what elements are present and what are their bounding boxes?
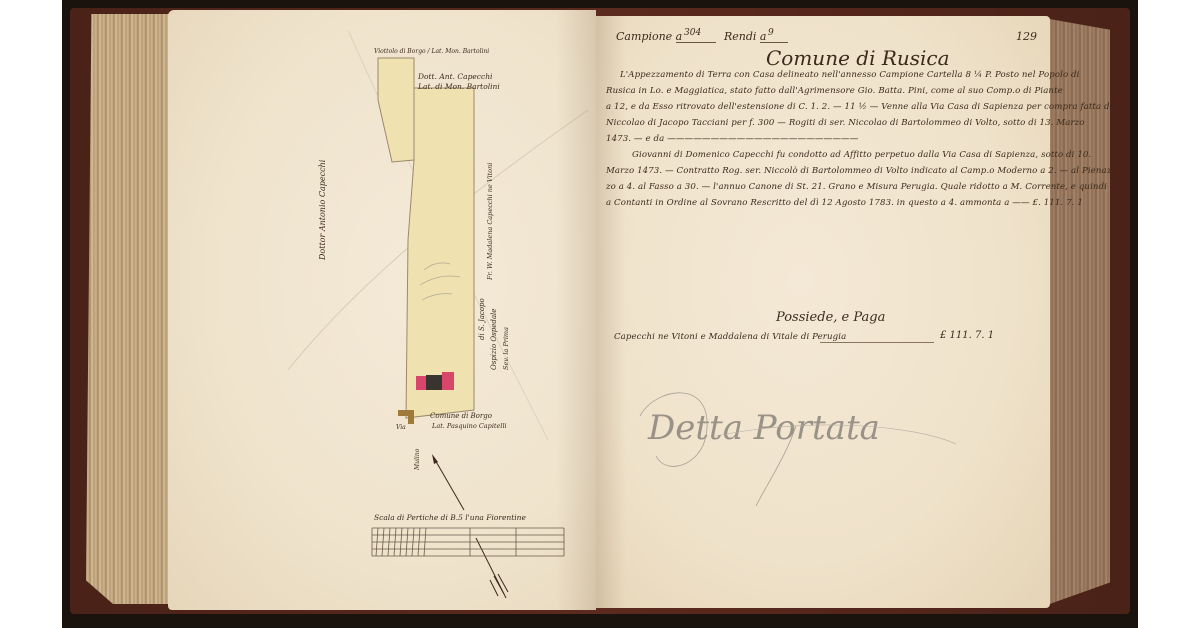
map-label-bottom-vertical: Mulino — [414, 449, 421, 470]
paragraph-2-line: zo a 4. al Fasso a 30. — l'annuo Canone … — [606, 182, 1107, 192]
rendi-number: 9 — [768, 28, 774, 38]
book-photo: Viottolo di Borgo / Lat. Mon. Bartolini … — [62, 0, 1138, 628]
map-label-top-neighbor-2: Lat. di Mon. Bartolini — [418, 82, 500, 91]
map-label-right-vertical-4: Sev. la Prima — [502, 327, 510, 370]
map-label-right-vertical-3: Fr. W. Madalena Capecchi ne Vitoni — [486, 163, 494, 280]
right-page: Campione a 304 Rendi a 9 129 Comune di R… — [596, 16, 1050, 608]
map-label-top-neighbor: Dott. Ant. Capecchi — [418, 72, 492, 81]
paragraph-1-line: L'Appezzamento di Terra con Casa delinea… — [620, 70, 1080, 80]
possession-amount: £ 111. 7. 1 — [940, 330, 994, 341]
page-number: 129 — [1016, 30, 1037, 43]
map-label-left-vertical: Dottor Antonio Capecchi — [318, 160, 327, 260]
paragraph-2-line: Giovanni di Domenico Capecchi fu condott… — [632, 150, 1091, 160]
pencil-signature: Detta Portata — [648, 408, 880, 448]
scale-label: Scala di Pertiche di B.5 l'una Fiorentin… — [374, 513, 526, 522]
map-label-bottom-2: Lat. Pasquino Capitelli — [432, 422, 507, 430]
map-label-right-vertical-2: Ospizio Ospedale — [490, 309, 498, 370]
campione-label: Campione a — [616, 30, 682, 43]
map-label-right-vertical-1: di S. Jacopo — [478, 298, 486, 340]
map-label-bottom-1: Comune di Borgo — [430, 412, 492, 420]
possession-heading: Possiede, e Paga — [776, 310, 885, 325]
scale-bar — [372, 528, 564, 556]
left-page-stack — [86, 14, 176, 604]
campione-number: 304 — [684, 28, 701, 38]
possession-owner: Capecchi ne Vitoni e Maddalena di Vitale… — [614, 332, 846, 342]
left-page: Viottolo di Borgo / Lat. Mon. Bartolini … — [168, 10, 596, 610]
paragraph-2-line: a Contanti in Ordine al Sovrano Rescritt… — [606, 198, 1083, 208]
map-label-top-small: Viottolo di Borgo / Lat. Mon. Bartolini — [374, 48, 489, 55]
paragraph-1-line: 1473. — e da —————————————————————— — [606, 134, 858, 144]
map-label-via: Via — [396, 424, 406, 431]
paragraph-1-line: a 12, e da Esso ritrovato dell'estension… — [606, 102, 1115, 112]
page-title: Comune di Rusica — [766, 46, 950, 70]
paragraph-1-line: Rusica in Lo. e Maggiatica, stato fatto … — [606, 86, 1063, 96]
paragraph-2-line: Marzo 1473. — Contratto Rog. ser. Niccol… — [606, 166, 1114, 176]
paragraph-1-line: Niccolao di Jacopo Tacciani per f. 300 —… — [606, 118, 1085, 128]
